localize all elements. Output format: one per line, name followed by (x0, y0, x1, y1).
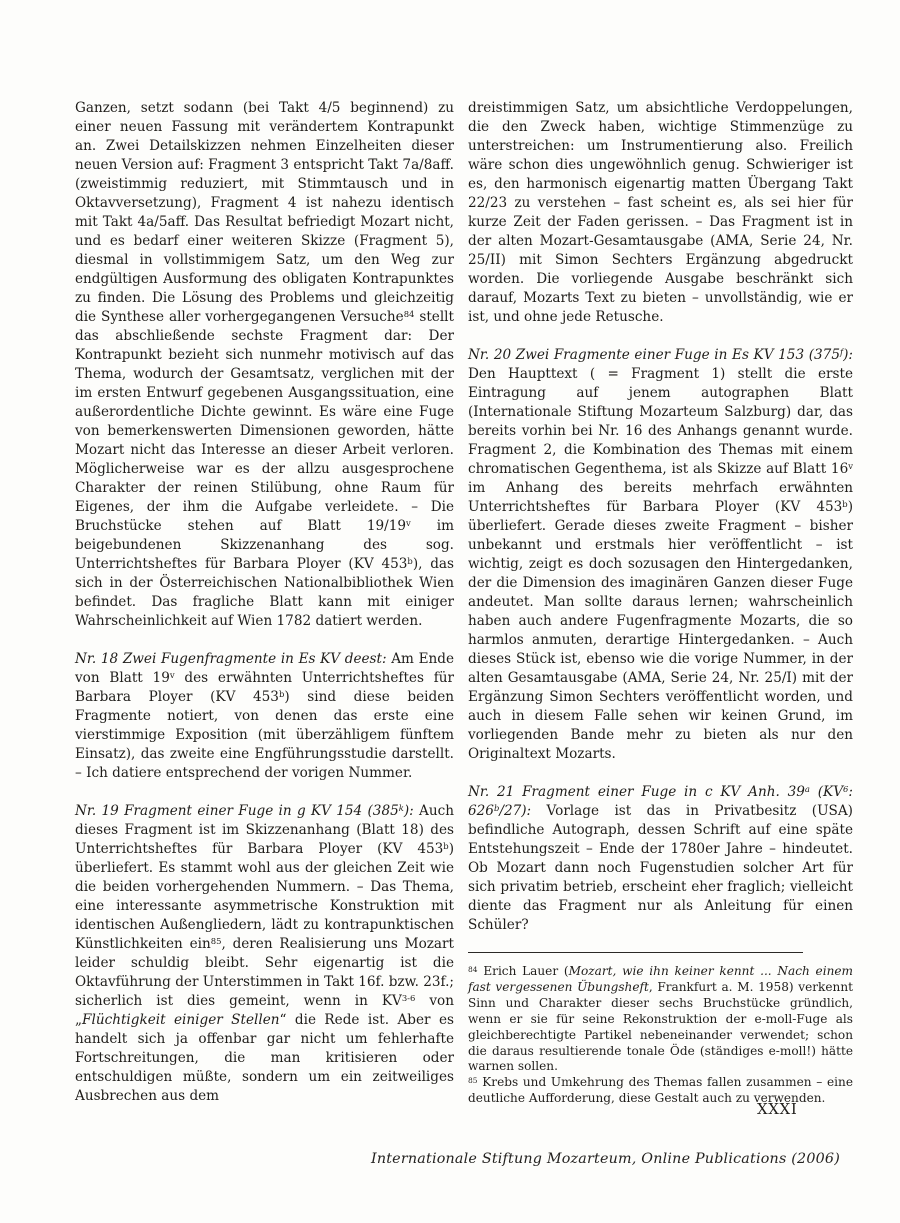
superscript: 85 (211, 936, 222, 946)
superscript: 3-6 (402, 993, 416, 1003)
paragraph: Nr. 20 Zwei Fragmente einer Fuge in Es K… (468, 346, 853, 764)
paragraph: dreistimmigen Satz, um absichtliche Verd… (468, 99, 853, 327)
superscript: 6 (843, 784, 848, 794)
superscript: f (840, 347, 843, 357)
footnote-rule (468, 952, 803, 953)
text-run: dreistimmigen Satz, um absichtliche Verd… (468, 100, 853, 325)
text-run: Flüchtigkeit einiger Stellen (82, 1012, 279, 1028)
superscript: b (407, 556, 412, 566)
footnote-block: 84 Erich Lauer (Mozart, wie ihn keiner k… (468, 952, 853, 1107)
text-run: (KV (810, 784, 843, 800)
paragraph: Ganzen, setzt sodann (bei Takt 4/5 begin… (75, 99, 454, 631)
left-column: Ganzen, setzt sodann (bei Takt 4/5 begin… (75, 99, 454, 1106)
text-run: ): (404, 803, 414, 819)
right-column: dreistimmigen Satz, um absichtliche Verd… (468, 99, 853, 1107)
superscript: b (842, 499, 847, 509)
text-run: Nr. 20 Zwei Fragmente einer Fuge in Es K… (468, 347, 840, 363)
text-run: /27): (499, 803, 531, 819)
superscript: 84 (468, 965, 478, 974)
superscript: k (399, 803, 404, 813)
superscript: v (848, 461, 853, 471)
superscript: v (170, 670, 175, 680)
superscript: b (443, 841, 448, 851)
paragraph: Nr. 21 Fragment einer Fuge in c KV Anh. … (468, 783, 853, 935)
text-run: ) überliefert. Gerade dieses zweite Frag… (468, 499, 853, 762)
text-run: Den Haupttext ( = Fragment 1) stellt die… (468, 366, 853, 477)
paragraph: Nr. 18 Zwei Fugenfragmente in Es KV dees… (75, 650, 454, 783)
text-run: stellt das abschließende sechste Fragmen… (75, 309, 454, 534)
text-run: Erich Lauer ( (478, 964, 569, 978)
footnote-list: 84 Erich Lauer (Mozart, wie ihn keiner k… (468, 964, 853, 1107)
right-column-text: dreistimmigen Satz, um absichtliche Verd… (468, 99, 853, 935)
text-run: Vorlage ist das in Privatbesitz (USA) be… (468, 803, 853, 933)
document-page: Ganzen, setzt sodann (bei Takt 4/5 begin… (0, 0, 900, 1223)
superscript: v (406, 518, 411, 528)
text-run: im Anhang des bereits mehrfach erwähnten… (468, 480, 853, 515)
text-run: Nr. 18 Zwei Fugenfragmente in Es KV dees… (75, 651, 387, 667)
text-run: Ganzen, setzt sodann (bei Takt 4/5 begin… (75, 100, 454, 325)
superscript: a (805, 784, 810, 794)
paragraph: Nr. 19 Fragment einer Fuge in g KV 154 (… (75, 802, 454, 1106)
superscript: b (279, 689, 284, 699)
page-number: XXXI (757, 1100, 797, 1118)
footer-credit: Internationale Stiftung Mozarteum, Onlin… (371, 1151, 840, 1167)
superscript: 84 (404, 309, 415, 319)
text-run: Nr. 19 Fragment einer Fuge in g KV 154 (… (75, 803, 399, 819)
footnote: 84 Erich Lauer (Mozart, wie ihn keiner k… (468, 964, 853, 1075)
superscript: b (494, 803, 499, 813)
superscript: 85 (468, 1076, 478, 1085)
text-run: ): (843, 347, 853, 363)
text-run: Nr. 21 Fragment einer Fuge in c KV Anh. … (468, 784, 805, 800)
